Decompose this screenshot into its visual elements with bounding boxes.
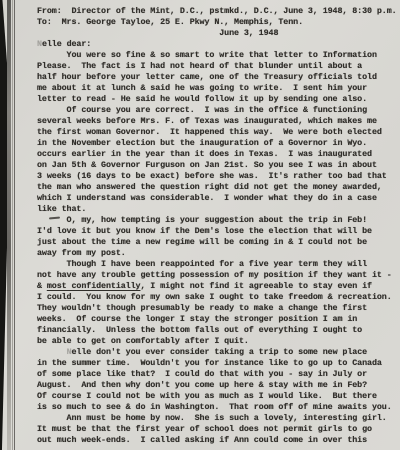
letter-line: From: Director of the Mint, D.C., pstmkd…: [37, 6, 398, 17]
letter-text-segment: &: [37, 281, 47, 291]
letter-line: Nelle don't you ever consider taking a t…: [37, 347, 398, 358]
letter-line: 3 weeks (16 days to be exact) before she…: [37, 171, 398, 182]
letter-text-segment: N: [37, 39, 42, 49]
letter-line: weeks. Of course the longer I stay the s…: [37, 314, 398, 325]
letter-line: be able to get on comfortably after I qu…: [37, 336, 398, 347]
letter-line: like that.: [37, 204, 398, 215]
letter-line: I'd love it but you know if the Dem's lo…: [37, 226, 398, 237]
letter-line: & most confidentially, I might not find …: [37, 281, 398, 292]
letter-line: Please. The fact is I had not heard of t…: [37, 61, 398, 72]
underlined-text: most confidentially: [47, 281, 141, 291]
letter-text-segment: , I might not find it agreeable to stay …: [140, 281, 372, 291]
letter-page: From: Director of the Mint, D.C., pstmkd…: [0, 0, 400, 450]
letter-line: several weeks before Mrs. F. of Texas wa…: [37, 116, 398, 127]
letter-line: the first woman Governor. It happened th…: [37, 127, 398, 138]
letter-line: in the summer time. Wouldn't you for ins…: [37, 358, 398, 369]
letter-line: Ann must be home by now. She is such a l…: [37, 413, 398, 424]
letter-line: Nelle dear:: [37, 39, 398, 50]
letter-line: just about the time a new regime will be…: [37, 237, 398, 248]
letter-line: occurs earlier in the year than it does …: [37, 149, 398, 160]
letter-line: is so much to see & do in Washington. Th…: [37, 402, 398, 413]
crease-line: [14, 0, 15, 450]
letter-line: away from my post.: [37, 248, 398, 259]
letter-line: August. And then why don't you come up h…: [37, 380, 398, 391]
letter-line: on Jan 5th & Governor Furguson on Jan 21…: [37, 160, 398, 171]
letter-line: letter to read - He said he would follow…: [37, 94, 398, 105]
letter-line: Though I have been reappointed for a fiv…: [37, 259, 398, 270]
letter-line: which I understand was considerable. I w…: [37, 193, 398, 204]
letter-line: I could. You know for my own sake I ough…: [37, 292, 398, 303]
letter-line: June 3, 1948: [37, 28, 398, 39]
crease-line-light: [12, 0, 13, 450]
letter-text-segment: [37, 347, 67, 357]
letter-line: out much week-ends. I called asking if A…: [37, 435, 398, 446]
letter-line: To: Mrs. George Tayloe, 25 E. Pkwy N., M…: [37, 17, 398, 28]
letter-text-segment: elle don't you ever consider taking a tr…: [72, 347, 368, 357]
letter-line: in the November election but the inaugur…: [37, 138, 398, 149]
letter-text-segment: elle dear:: [42, 39, 91, 49]
letter-line: of some place like that? I could do that…: [37, 369, 398, 380]
letter-line: O, my, how tempting is your suggestion a…: [37, 215, 398, 226]
letter-line: not have any trouble getting possession …: [37, 270, 398, 281]
binding-strip: [7, 0, 11, 450]
letter-lines: From: Director of the Mint, D.C., pstmkd…: [37, 6, 398, 446]
letter-text-segment: N: [67, 347, 72, 357]
letter-line: They wouldn't though presumably be ready…: [37, 303, 398, 314]
letter-line: me about it at lunch & said he was going…: [37, 83, 398, 94]
letter-line: the man who answered the question right …: [37, 182, 398, 193]
scan-edge: [0, 0, 7, 450]
letter-line: Of course I could not be with you as muc…: [37, 391, 398, 402]
letter-line: financially. Unless the bottom falls out…: [37, 325, 398, 336]
letter-line: half hour before your letter came, one o…: [37, 72, 398, 83]
letter-line: You were so fine & so smart to write tha…: [37, 50, 398, 61]
letter-line: It must be that the first year of school…: [37, 424, 398, 435]
letter-line: Of course you are correct. I was in the …: [37, 105, 398, 116]
